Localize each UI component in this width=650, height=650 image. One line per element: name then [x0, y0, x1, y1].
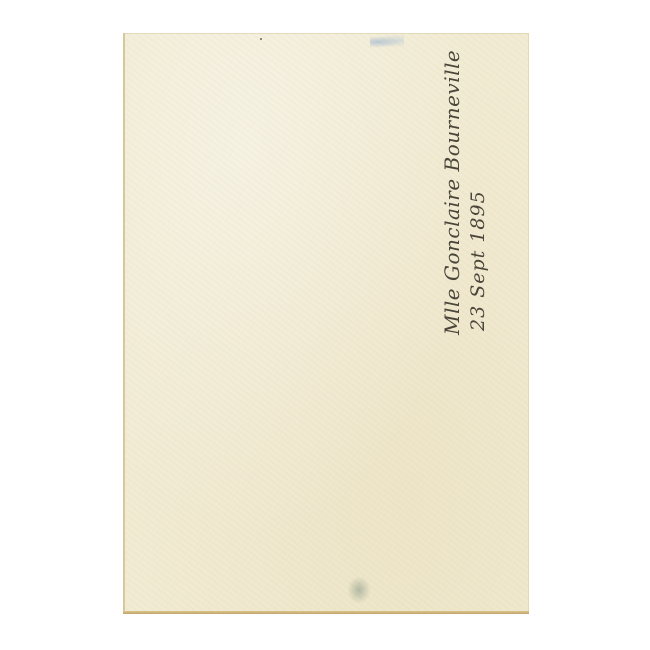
- inscription-date: 23 Sept 1895: [467, 190, 489, 331]
- inscription-name: Mlle Gonclaire Bourneville: [440, 50, 464, 335]
- photo-card-back: Mlle Gonclaire Bourneville 23 Sept 1895: [123, 33, 529, 614]
- card-left-edge: [123, 33, 125, 614]
- card-bottom-edge: [123, 611, 529, 614]
- card-right-edge: [528, 33, 529, 614]
- blue-ink-stain: [370, 35, 404, 49]
- ink-speck: [260, 38, 262, 40]
- green-stain: [346, 575, 372, 605]
